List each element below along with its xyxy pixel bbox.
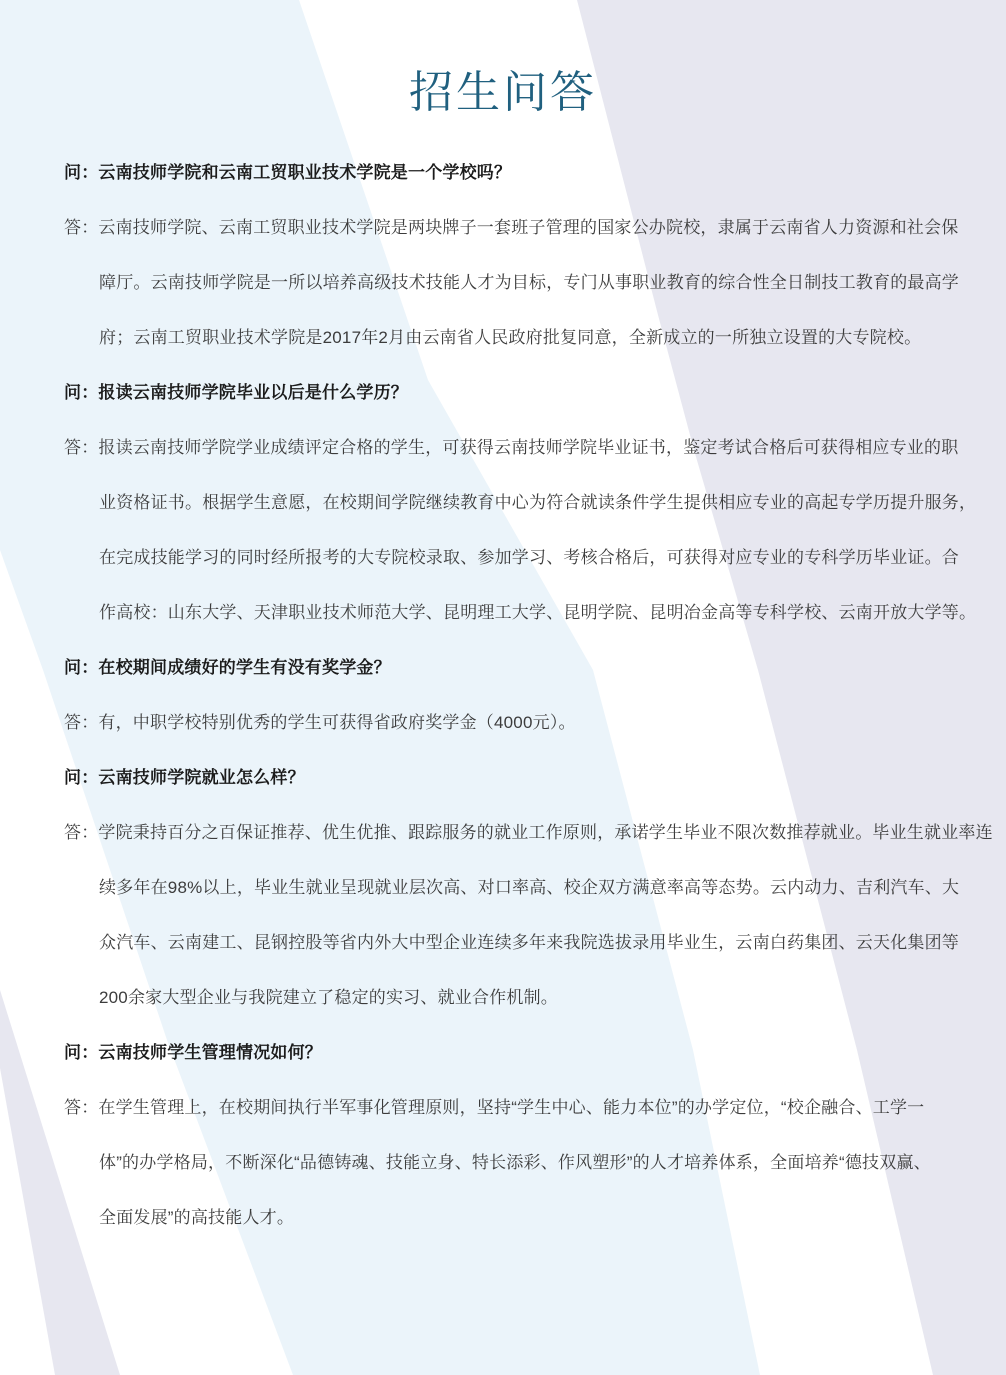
document-page: { "page": { "title": "招生问答" }, "colors":…: [0, 0, 1006, 1375]
answer-line: 答：云南技师学院、云南工贸职业技术学院是两块牌子一套班子管理的国家公办院校，隶属…: [64, 200, 969, 255]
qa-item: 问：在校期间成绩好的学生有没有奖学金？ 答：有，中职学校特别优秀的学生可获得省政…: [64, 640, 969, 750]
answer-line: 答：在学生管理上，在校期间执行半军事化管理原则，坚持“学生中心、能力本位”的办学…: [64, 1080, 969, 1135]
answer-line: 全面发展”的高技能人才。: [64, 1190, 969, 1245]
answer-line: 答：有，中职学校特别优秀的学生可获得省政府奖学金（4000元）。: [64, 695, 969, 750]
answer-line: 在完成技能学习的同时经所报考的大专院校录取、参加学习、考核合格后，可获得对应专业…: [64, 530, 969, 585]
answer-line: 作高校：山东大学、天津职业技术师范大学、昆明理工大学、昆明学院、昆明冶金高等专科…: [64, 585, 969, 640]
answer-line: 障厅。云南技师学院是一所以培养高级技术技能人才为目标，专门从事职业教育的综合性全…: [64, 255, 969, 310]
page-title: 招生问答: [0, 56, 1006, 120]
qa-item: 问：报读云南技师学院毕业以后是什么学历？ 答：报读云南技师学院学业成绩评定合格的…: [64, 365, 969, 640]
qa-item: 问：云南技师学院就业怎么样？ 答：学院秉持百分之百保证推荐、优生优推、跟踪服务的…: [64, 750, 969, 1025]
answer-line: 续多年在98%以上，毕业生就业呈现就业层次高、对口率高、校企双方满意率高等态势。…: [64, 860, 969, 915]
answer-line: 府；云南工贸职业技术学院是2017年2月由云南省人民政府批复同意，全新成立的一所…: [64, 310, 969, 365]
answer-line: 200余家大型企业与我院建立了稳定的实习、就业合作机制。: [64, 970, 969, 1025]
qa-section: 问：云南技师学院和云南工贸职业技术学院是一个学校吗？ 答：云南技师学院、云南工贸…: [64, 145, 969, 1245]
question-line: 问：云南技师学院和云南工贸职业技术学院是一个学校吗？: [64, 145, 969, 200]
answer-line: 答：报读云南技师学院学业成绩评定合格的学生，可获得云南技师学院毕业证书，鉴定考试…: [64, 420, 969, 475]
qa-item: 问：云南技师学院和云南工贸职业技术学院是一个学校吗？ 答：云南技师学院、云南工贸…: [64, 145, 969, 365]
qa-item: 问：云南技师学生管理情况如何？ 答：在学生管理上，在校期间执行半军事化管理原则，…: [64, 1025, 969, 1245]
answer-line: 众汽车、云南建工、昆钢控股等省内外大中型企业连续多年来我院选拔录用毕业生，云南白…: [64, 915, 969, 970]
answer-line: 答：学院秉持百分之百保证推荐、优生优推、跟踪服务的就业工作原则，承诺学生毕业不限…: [64, 805, 969, 860]
question-line: 问：云南技师学院就业怎么样？: [64, 750, 969, 805]
answer-line: 体”的办学格局，不断深化“品德铸魂、技能立身、特长添彩、作风塑形”的人才培养体系…: [64, 1135, 969, 1190]
question-line: 问：报读云南技师学院毕业以后是什么学历？: [64, 365, 969, 420]
question-line: 问：云南技师学生管理情况如何？: [64, 1025, 969, 1080]
question-line: 问：在校期间成绩好的学生有没有奖学金？: [64, 640, 969, 695]
answer-line: 业资格证书。根据学生意愿，在校期间学院继续教育中心为符合就读条件学生提供相应专业…: [64, 475, 969, 530]
